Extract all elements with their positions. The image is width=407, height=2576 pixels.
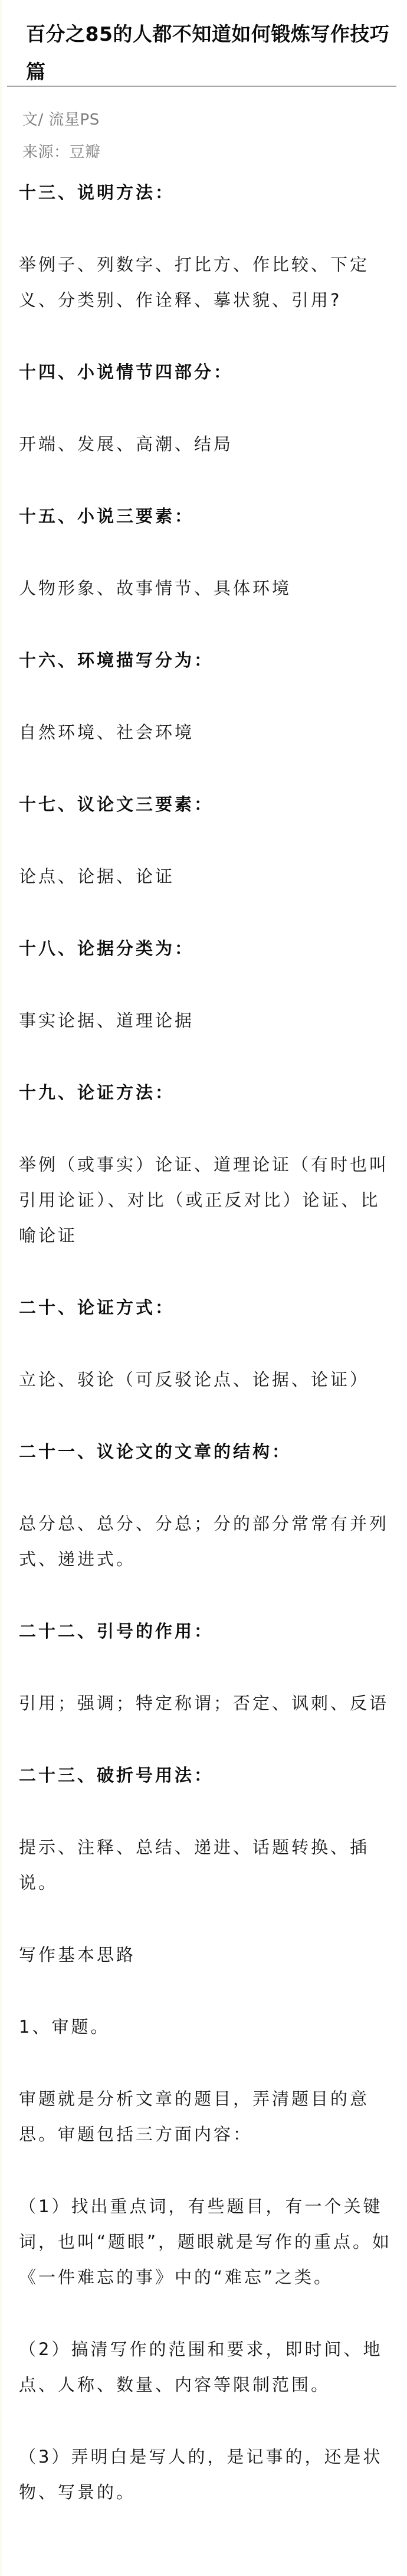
section-body: 审题就是分析文章的题目，弄清题目的意思。审题包括三方面内容： — [19, 2081, 394, 2152]
section-heading: 十三、说明方法： — [19, 175, 394, 210]
section-body: 事实论据、道理论据 — [19, 1003, 394, 1038]
section-heading: 二十三、破折号用法： — [19, 1757, 394, 1793]
section-heading: 二十、论证方式： — [19, 1290, 394, 1325]
section-heading: 二十二、引号的作用： — [19, 1613, 394, 1649]
section-body: 举例子、列数字、打比方、作比较、下定义、分类别、作诠释、摹状貌、引用? — [19, 247, 394, 318]
section-body: 引用；强调；特定称谓；否定、讽刺、反语 — [19, 1685, 394, 1721]
section-body: 人物形象、故事情节、具体环境 — [19, 570, 394, 606]
article-title: 百分之85的人都不知道如何锻炼写作技巧篇 — [26, 15, 392, 91]
section-heading: 二十一、议论文的文章的结构： — [19, 1434, 394, 1469]
article-body: 十三、说明方法： 举例子、列数字、打比方、作比较、下定义、分类别、作诠释、摹状貌… — [19, 175, 394, 2546]
list-item: （3）弄明白是写人的，是记事的，还是状物、写景的。 — [19, 2439, 394, 2510]
author-line: 文/ 流星PS — [22, 111, 100, 129]
section-heading: 十八、论据分类为： — [19, 931, 394, 966]
section-body: 提示、注释、总结、递进、话题转换、插说。 — [19, 1830, 394, 1900]
section-heading: 十九、论证方法： — [19, 1075, 394, 1110]
list-item: （1）找出重点词，有些题目，有一个关键词，也叫“题眼”，题眼就是写作的重点。如《… — [19, 2189, 394, 2295]
page-edge — [0, 0, 2, 2576]
section-heading: 十七、议论文三要素： — [19, 787, 394, 822]
section-heading: 十五、小说三要素： — [19, 498, 394, 534]
title-divider — [7, 86, 396, 87]
section-body: 总分总、总分、分总；分的部分常常有并列式、递进式。 — [19, 1506, 394, 1577]
section-body: 自然环境、社会环境 — [19, 715, 394, 750]
list-item: （2）搞清写作的范围和要求，即时间、地点、人称、数量、内容等限制范围。 — [19, 2332, 394, 2402]
section-body: 举例（或事实）论证、道理论证（有时也叫引用论证）、对比（或正反对比）论证、比喻论… — [19, 1147, 394, 1253]
section-body: 立论、驳论（可反驳论点、论据、论证） — [19, 1362, 394, 1397]
section-body: 开端、发展、高潮、结局 — [19, 426, 394, 462]
step-heading: 1、审题。 — [19, 2009, 394, 2045]
section-heading: 十四、小说情节四部分： — [19, 354, 394, 390]
section-body: 论点、论据、论证 — [19, 859, 394, 894]
source-line: 来源：豆瓣 — [22, 144, 101, 161]
writing-approach-heading: 写作基本思路 — [19, 1937, 394, 1972]
section-heading: 十六、环境描写分为： — [19, 643, 394, 678]
